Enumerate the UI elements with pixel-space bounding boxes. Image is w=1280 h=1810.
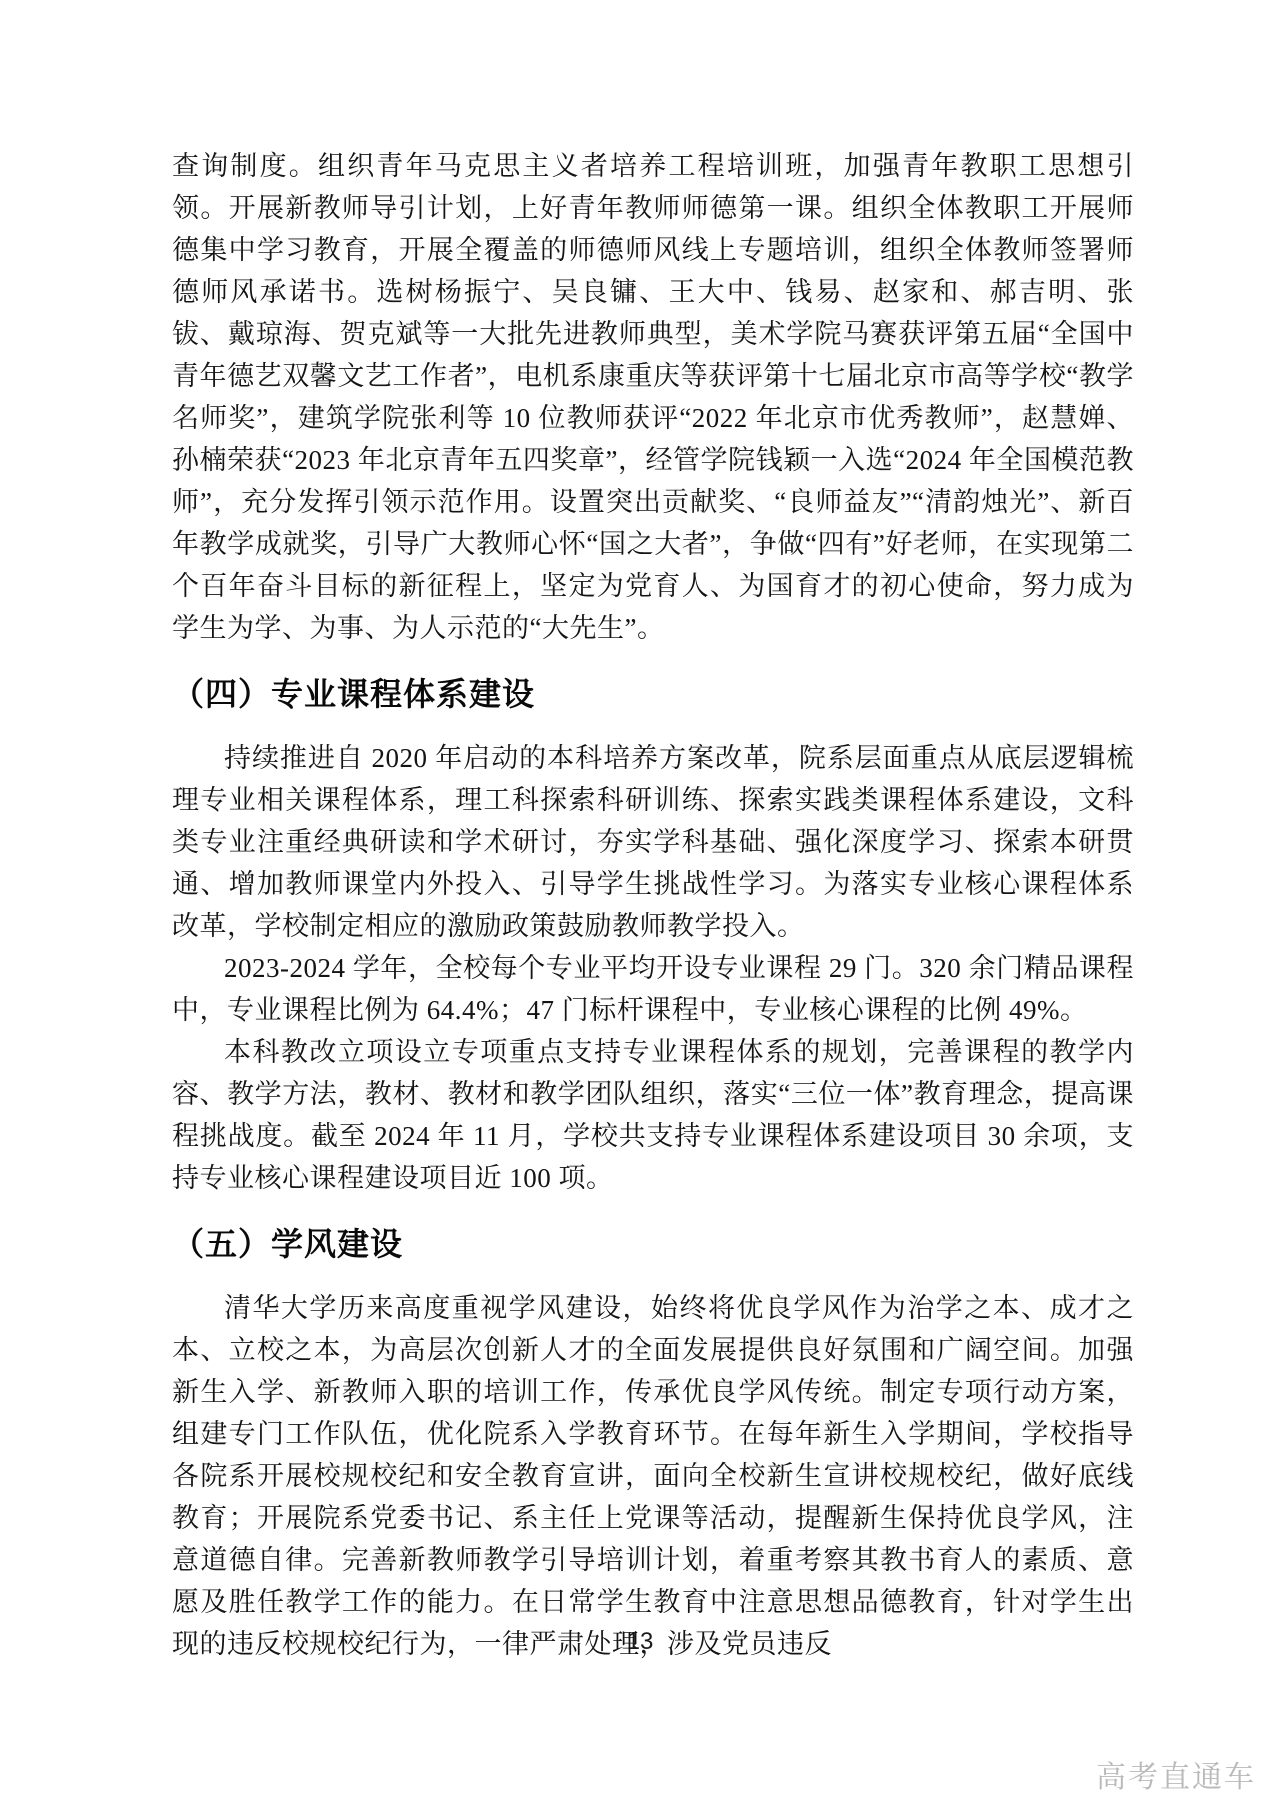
- paragraph: 清华大学历来高度重视学风建设，始终将优良学风作为治学之本、成才之本、立校之本，为…: [172, 1287, 1134, 1665]
- paragraph: 本科教改立项设立专项重点支持专业课程体系的规划，完善课程的教学内容、教学方法，教…: [172, 1031, 1134, 1199]
- paragraph: 持续推进自 2020 年启动的本科培养方案改革，院系层面重点从底层逻辑梳理专业相…: [172, 737, 1134, 947]
- section-heading-4: （四）专业课程体系建设: [172, 671, 1134, 717]
- watermark-text: 高考直通车: [1096, 1752, 1256, 1796]
- document-page: 查询制度。组织青年马克思主义者培养工程培训班，加强青年教职工思想引领。开展新教师…: [0, 0, 1280, 1810]
- page-number: 13: [0, 1628, 1280, 1656]
- section-heading-5: （五）学风建设: [172, 1221, 1134, 1267]
- paragraph-continuation: 查询制度。组织青年马克思主义者培养工程培训班，加强青年教职工思想引领。开展新教师…: [172, 145, 1134, 649]
- page-content: 查询制度。组织青年马克思主义者培养工程培训班，加强青年教职工思想引领。开展新教师…: [172, 145, 1134, 1665]
- paragraph: 2023-2024 学年，全校每个专业平均开设专业课程 29 门。320 余门精…: [172, 947, 1134, 1031]
